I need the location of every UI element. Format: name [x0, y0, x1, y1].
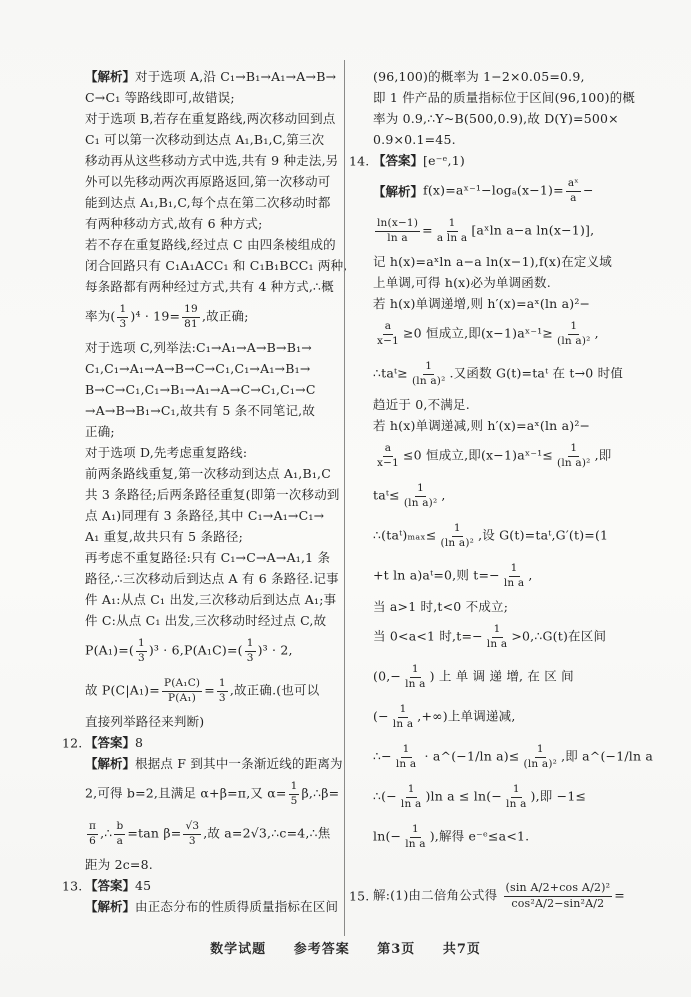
- line-text: 率为(13)⁴ · 19=1981,故正确;: [85, 303, 249, 331]
- line-text: 件 C:从点 C₁ 出发,三次移动时经过点 C,故: [85, 613, 326, 628]
- line-text: 有两种移动方式,故有 6 种方式;: [85, 216, 263, 231]
- fraction: 1(ln a)²: [410, 360, 448, 388]
- text-line: C₁,C₁→A₁→A→B→C→C₁,C₁→A₁→B₁→: [62, 358, 349, 379]
- text-line: C₁ 可以第一次移动到达点 A₁,B₁,C,第三次: [62, 129, 349, 150]
- line-text: 若不存在重复路线,经过点 C 由四条棱组成的: [85, 237, 336, 252]
- text-line: ln(−1ln a),解得 e⁻ᵉ≤a<1.: [349, 817, 653, 857]
- line-text: 距为 2c=8.: [85, 857, 153, 872]
- fraction: ax−1: [375, 442, 401, 470]
- line-text: 对于选项 C,列举法:C₁→A₁→A→B→B₁→: [85, 340, 312, 355]
- footer-page-number: 第3页: [377, 942, 415, 957]
- text-line: 能到达点 A₁,B₁,C,每个点在第二次移动时都: [62, 192, 349, 213]
- fraction: ba: [114, 820, 125, 848]
- text-line: 0.9×0.1=45.: [349, 129, 653, 150]
- footer-doc-title: 数学试题: [210, 942, 266, 957]
- line-text: 上单调,可得 h(x)必为单调函数.: [373, 275, 551, 290]
- fraction: 13: [117, 303, 128, 331]
- solution-item-line: 13.【答案】45: [62, 875, 349, 896]
- fraction: 13: [136, 637, 147, 665]
- line-text: 路径,∴三次移动后到达点 A 有 6 条路径.记事: [85, 571, 339, 586]
- section-label: 【解析】: [85, 69, 135, 84]
- text-line: ln(x−1)ln a=1a ln a[aˣln a−a ln(x−1)],: [349, 211, 653, 251]
- line-text: (0,−1ln a) 上 单 调 递 增, 在 区 间: [373, 663, 574, 691]
- text-line: 【解析】由正态分布的性质得质量指标在区间: [62, 896, 349, 917]
- line-text: 点 A₁)同理有 3 条路径,其中 C₁→A₁→C₁→: [85, 508, 324, 523]
- line-text: 每条路都有两种经过方式,共有 4 种方式,∴概: [85, 279, 334, 294]
- text-line: 移动再从这些移动方式中选,共有 9 种走法,另: [62, 150, 349, 171]
- fraction: ln(x−1)ln a: [375, 217, 420, 245]
- line-text: 再考虑不重复路径:只有 C₁→C→A→A₁,1 条: [85, 550, 330, 565]
- line-text: 对于选项 D,先考虑重复路线:: [85, 445, 247, 460]
- text-line: 对于选项 B,若存在重复路线,两次移动回到点: [62, 108, 349, 129]
- line-text: ∴(taᵗ)ₘₐₓ≤1(ln a)²,设 G(t)=taᵗ,G′(t)=(1: [373, 522, 608, 550]
- line-text: ax−1≥0 恒成立,即(x−1)aˣ⁻¹≥1(ln a)²,: [373, 320, 599, 348]
- column-divider: [344, 60, 345, 936]
- text-line: 闭合回路只有 C₁A₁ACC₁ 和 C₁B₁BCC₁ 两种,: [62, 255, 349, 276]
- text-line: 若 h(x)单调递增,则 h′(x)=aˣ(ln a)²−: [349, 293, 653, 314]
- fraction: aˣa: [566, 177, 581, 205]
- fraction: π6: [87, 820, 98, 848]
- text-line: ∴(taᵗ)ₘₐₓ≤1(ln a)²,设 G(t)=taᵗ,G′(t)=(1: [349, 516, 653, 556]
- text-line: 距为 2c=8.: [62, 854, 349, 875]
- text-line: 率为(13)⁴ · 19=1981,故正确;: [62, 297, 349, 337]
- text-line: 即 1 件产品的质量指标位于区间(96,100)的概: [349, 87, 653, 108]
- line-text: 闭合回路只有 C₁A₁ACC₁ 和 C₁B₁BCC₁ 两种,: [85, 258, 347, 273]
- scanned-answer-page: 【解析】对于选项 A,沿 C₁→B₁→A₁→A→B→C→C₁ 等路线即可,故错误…: [0, 0, 691, 997]
- fraction: 13: [217, 677, 228, 705]
- line-text: 若 h(x)单调递减,则 h′(x)=aˣ(ln a)²−: [373, 418, 590, 433]
- fraction: 1(ln a)²: [555, 442, 593, 470]
- line-text: 若 h(x)单调递增,则 h′(x)=aˣ(ln a)²−: [373, 296, 590, 311]
- line-text: 根据点 F 到其中一条渐近线的距离为: [135, 756, 343, 771]
- fraction: 1(ln a)²: [555, 320, 593, 348]
- text-line: π6,∴ba=tan β=√33,故 a=2√3,∴c=4,∴焦: [62, 814, 349, 854]
- fraction: 1ln a: [485, 623, 510, 651]
- item-number: 15.: [349, 889, 369, 904]
- line-text: (96,100)的概率为 1−2×0.05=0.9,: [373, 69, 585, 84]
- item-number: 12.: [62, 735, 82, 750]
- line-text: C→C₁ 等路线即可,故错误;: [85, 90, 235, 105]
- text-line: 故 P(C|A₁)=P(A₁C)P(A₁)=13,故正确.(也可以: [62, 671, 349, 711]
- line-text: 对于选项 B,若存在重复路线,两次移动回到点: [85, 111, 336, 126]
- text-line: 对于选项 C,列举法:C₁→A₁→A→B→B₁→: [62, 337, 349, 358]
- fraction: 1ln a: [403, 663, 428, 691]
- text-line: ax−1≥0 恒成立,即(x−1)aˣ⁻¹≥1(ln a)²,: [349, 314, 653, 354]
- line-text: 移动再从这些移动方式中选,共有 9 种走法,另: [85, 153, 338, 168]
- line-text: 故 P(C|A₁)=P(A₁C)P(A₁)=13,故正确.(也可以: [85, 677, 319, 705]
- line-text: ln(x−1)ln a=1a ln a[aˣln a−a ln(x−1)],: [373, 217, 594, 245]
- line-text: [e⁻ᵉ,1): [423, 153, 465, 168]
- fraction: (sin A/2+cos A/2)²cos²A/2−sin²A/2: [504, 881, 613, 911]
- text-line: (−1ln a,+∞)上单调递减,: [349, 697, 653, 737]
- text-line: 直接列举路径来判断): [62, 711, 349, 732]
- line-text: →A→B→B₁→C₁,故共有 5 条不同笔记,故: [85, 403, 315, 418]
- fraction: 1(ln a)²: [522, 743, 560, 771]
- text-line: 再考虑不重复路径:只有 C₁→C→A→A₁,1 条: [62, 547, 349, 568]
- line-text: taᵗ≤1(ln a)²,: [373, 482, 446, 510]
- text-line: 趋近于 0,不满足.: [349, 394, 653, 415]
- text-line: 当 a>1 时,t<0 不成立;: [349, 596, 653, 617]
- text-line: →A→B→B₁→C₁,故共有 5 条不同笔记,故: [62, 400, 349, 421]
- text-line: (96,100)的概率为 1−2×0.05=0.9,: [349, 66, 653, 87]
- text-line: 【解析】f(x)=aˣ⁻¹−logₐ(x−1)=aˣa−: [349, 171, 653, 211]
- fraction: √33: [183, 820, 201, 848]
- text-line: 记 h(x)=aˣln a−a ln(x−1),f(x)在定义域: [349, 251, 653, 272]
- text-line: 2,可得 b=2,且满足 α+β=π,又 α=15β,∴β=: [62, 774, 349, 814]
- fraction: 1ln a: [394, 743, 419, 771]
- text-line: ax−1≤0 恒成立,即(x−1)aˣ⁻¹≤1(ln a)²,即: [349, 436, 653, 476]
- line-text: C₁ 可以第一次移动到达点 A₁,B₁,C,第三次: [85, 132, 324, 147]
- line-text: ∴−1ln a · a^(−1/ln a)≤1(ln a)²,即 a^(−1/l…: [373, 743, 653, 771]
- text-line: 前两条路线重复,第一次移动到达点 A₁,B₁,C: [62, 463, 349, 484]
- text-line: C→C₁ 等路线即可,故错误;: [62, 87, 349, 108]
- fraction: 1ln a: [403, 823, 428, 851]
- fraction: 15: [289, 780, 300, 808]
- fraction: 1a ln a: [435, 217, 470, 245]
- left-column: 【解析】对于选项 A,沿 C₁→B₁→A₁→A→B→C→C₁ 等路线即可,故错误…: [62, 66, 349, 917]
- line-text: 由正态分布的性质得质量指标在区间: [135, 899, 338, 914]
- fraction: 1(ln a)²: [402, 482, 440, 510]
- footer-page-total: 共7页: [443, 942, 481, 957]
- text-line: ∴taᵗ≥1(ln a)².又函数 G(t)=taᵗ 在 t→0 时值: [349, 354, 653, 394]
- text-line: 对于选项 D,先考虑重复路线:: [62, 442, 349, 463]
- line-text: 即 1 件产品的质量指标位于区间(96,100)的概: [373, 90, 635, 105]
- line-text: 0.9×0.1=45.: [373, 132, 456, 147]
- line-text: 共 3 条路径;后两条路径重复(即第一次移动到: [85, 487, 340, 502]
- fraction: 1ln a: [502, 562, 527, 590]
- line-text: 能到达点 A₁,B₁,C,每个点在第二次移动时都: [85, 195, 331, 210]
- text-line: 正确;: [62, 421, 349, 442]
- text-line: 外可以先移动两次再原路返回,第一次移动可: [62, 171, 349, 192]
- text-line: 若不存在重复路线,经过点 C 由四条棱组成的: [62, 234, 349, 255]
- text-line: 件 C:从点 C₁ 出发,三次移动时经过点 C,故: [62, 610, 349, 631]
- page-footer: 数学试题 参考答案 第3页 共7页: [0, 938, 691, 957]
- line-text: 前两条路线重复,第一次移动到达点 A₁,B₁,C: [85, 466, 331, 481]
- text-line: 共 3 条路径;后两条路径重复(即第一次移动到: [62, 484, 349, 505]
- text-line: 上单调,可得 h(x)必为单调函数.: [349, 272, 653, 293]
- line-text: 2,可得 b=2,且满足 α+β=π,又 α=15β,∴β=: [85, 780, 339, 808]
- fraction: P(A₁C)P(A₁): [162, 677, 202, 705]
- line-text: 件 A₁:从点 C₁ 出发,三次移动后到达点 A₁;事: [85, 592, 336, 607]
- line-text: π6,∴ba=tan β=√33,故 a=2√3,∴c=4,∴焦: [85, 820, 330, 848]
- text-line: 件 A₁:从点 C₁ 出发,三次移动后到达点 A₁;事: [62, 589, 349, 610]
- solution-item-line: 12.【答案】8: [62, 732, 349, 753]
- line-text: 直接列举路径来判断): [85, 714, 204, 729]
- line-text: ∴taᵗ≥1(ln a)².又函数 G(t)=taᵗ 在 t→0 时值: [373, 360, 623, 388]
- line-text: +t ln a)aᵗ=0,则 t=−1ln a,: [373, 562, 533, 590]
- text-line: 点 A₁)同理有 3 条路径,其中 C₁→A₁→C₁→: [62, 505, 349, 526]
- section-label: 【解析】: [373, 184, 423, 199]
- line-text: B→C→C₁,C₁→B₁→A₁→A→C→C₁,C₁→C: [85, 382, 316, 397]
- section-label: 【解析】: [85, 899, 135, 914]
- item-number: 14.: [349, 153, 369, 168]
- text-line: 每条路都有两种经过方式,共有 4 种方式,∴概: [62, 276, 349, 297]
- text-line: ∴−1ln a · a^(−1/ln a)≤1(ln a)²,即 a^(−1/l…: [349, 737, 653, 777]
- text-line: A₁ 重复,故共只有 5 条路径;: [62, 526, 349, 547]
- section-label: 【答案】: [373, 153, 423, 168]
- text-line: 【解析】根据点 F 到其中一条渐近线的距离为: [62, 753, 349, 774]
- line-text: 当 0<a<1 时,t=−1ln a>0,∴G(t)在区间: [373, 623, 606, 651]
- text-line: 率为 0.9,∴Y~B(500,0.9),故 D(Y)=500×: [349, 108, 653, 129]
- text-line: ∴(−1ln a)ln a ≤ ln(−1ln a),即 −1≤: [349, 777, 653, 817]
- solution-item-line: 14.【答案】[e⁻ᵉ,1): [349, 150, 653, 171]
- fraction: ax−1: [375, 320, 401, 348]
- line-text: A₁ 重复,故共只有 5 条路径;: [85, 529, 243, 544]
- text-line: taᵗ≤1(ln a)²,: [349, 476, 653, 516]
- line-text: P(A₁)=(13)³ · 6,P(A₁C)=(13)³ · 2,: [85, 637, 293, 665]
- line-text: (−1ln a,+∞)上单调递减,: [373, 703, 516, 731]
- item-number: 13.: [62, 878, 82, 893]
- fraction: 1981: [182, 303, 200, 331]
- line-text: 率为 0.9,∴Y~B(500,0.9),故 D(Y)=500×: [373, 111, 619, 126]
- text-line: P(A₁)=(13)³ · 6,P(A₁C)=(13)³ · 2,: [62, 631, 349, 671]
- line-text: 解:(1)由二倍角公式得 (sin A/2+cos A/2)²cos²A/2−s…: [373, 881, 625, 911]
- line-text: 趋近于 0,不满足.: [373, 397, 470, 412]
- line-text: 外可以先移动两次再原路返回,第一次移动可: [85, 174, 330, 189]
- text-line: +t ln a)aᵗ=0,则 t=−1ln a,: [349, 556, 653, 596]
- fraction: 1ln a: [504, 783, 529, 811]
- line-text: 45: [135, 878, 151, 893]
- line-text: 对于选项 A,沿 C₁→B₁→A₁→A→B→: [135, 69, 336, 84]
- right-column: (96,100)的概率为 1−2×0.05=0.9,即 1 件产品的质量指标位于…: [349, 66, 653, 935]
- line-text: 当 a>1 时,t<0 不成立;: [373, 599, 508, 614]
- line-text: ax−1≤0 恒成立,即(x−1)aˣ⁻¹≤1(ln a)²,即: [373, 442, 611, 470]
- line-text: 记 h(x)=aˣln a−a ln(x−1),f(x)在定义域: [373, 254, 612, 269]
- footer-doc-subtitle: 参考答案: [294, 942, 350, 957]
- text-line: 路径,∴三次移动后到达点 A 有 6 条路径.记事: [62, 568, 349, 589]
- section-label: 【答案】: [85, 878, 135, 893]
- section-label: 【答案】: [85, 735, 135, 750]
- solution-item-line: 15.解:(1)由二倍角公式得 (sin A/2+cos A/2)²cos²A/…: [349, 857, 653, 935]
- line-text: ln(−1ln a),解得 e⁻ᵉ≤a<1.: [373, 823, 529, 851]
- text-line: 若 h(x)单调递减,则 h′(x)=aˣ(ln a)²−: [349, 415, 653, 436]
- line-text: f(x)=aˣ⁻¹−logₐ(x−1)=aˣa−: [423, 177, 594, 205]
- line-text: ∴(−1ln a)ln a ≤ ln(−1ln a),即 −1≤: [373, 783, 586, 811]
- fraction: 1ln a: [399, 783, 424, 811]
- fraction: 1ln a: [391, 703, 416, 731]
- section-label: 【解析】: [85, 756, 135, 771]
- fraction: 1(ln a)²: [439, 522, 477, 550]
- line-text: 正确;: [85, 424, 115, 439]
- text-line: 【解析】对于选项 A,沿 C₁→B₁→A₁→A→B→: [62, 66, 349, 87]
- text-line: 有两种移动方式,故有 6 种方式;: [62, 213, 349, 234]
- line-text: 8: [135, 735, 143, 750]
- text-line: 当 0<a<1 时,t=−1ln a>0,∴G(t)在区间: [349, 617, 653, 657]
- text-line: B→C→C₁,C₁→B₁→A₁→A→C→C₁,C₁→C: [62, 379, 349, 400]
- text-line: (0,−1ln a) 上 单 调 递 增, 在 区 间: [349, 657, 653, 697]
- line-text: C₁,C₁→A₁→A→B→C→C₁,C₁→A₁→B₁→: [85, 361, 311, 376]
- fraction: 13: [245, 637, 256, 665]
